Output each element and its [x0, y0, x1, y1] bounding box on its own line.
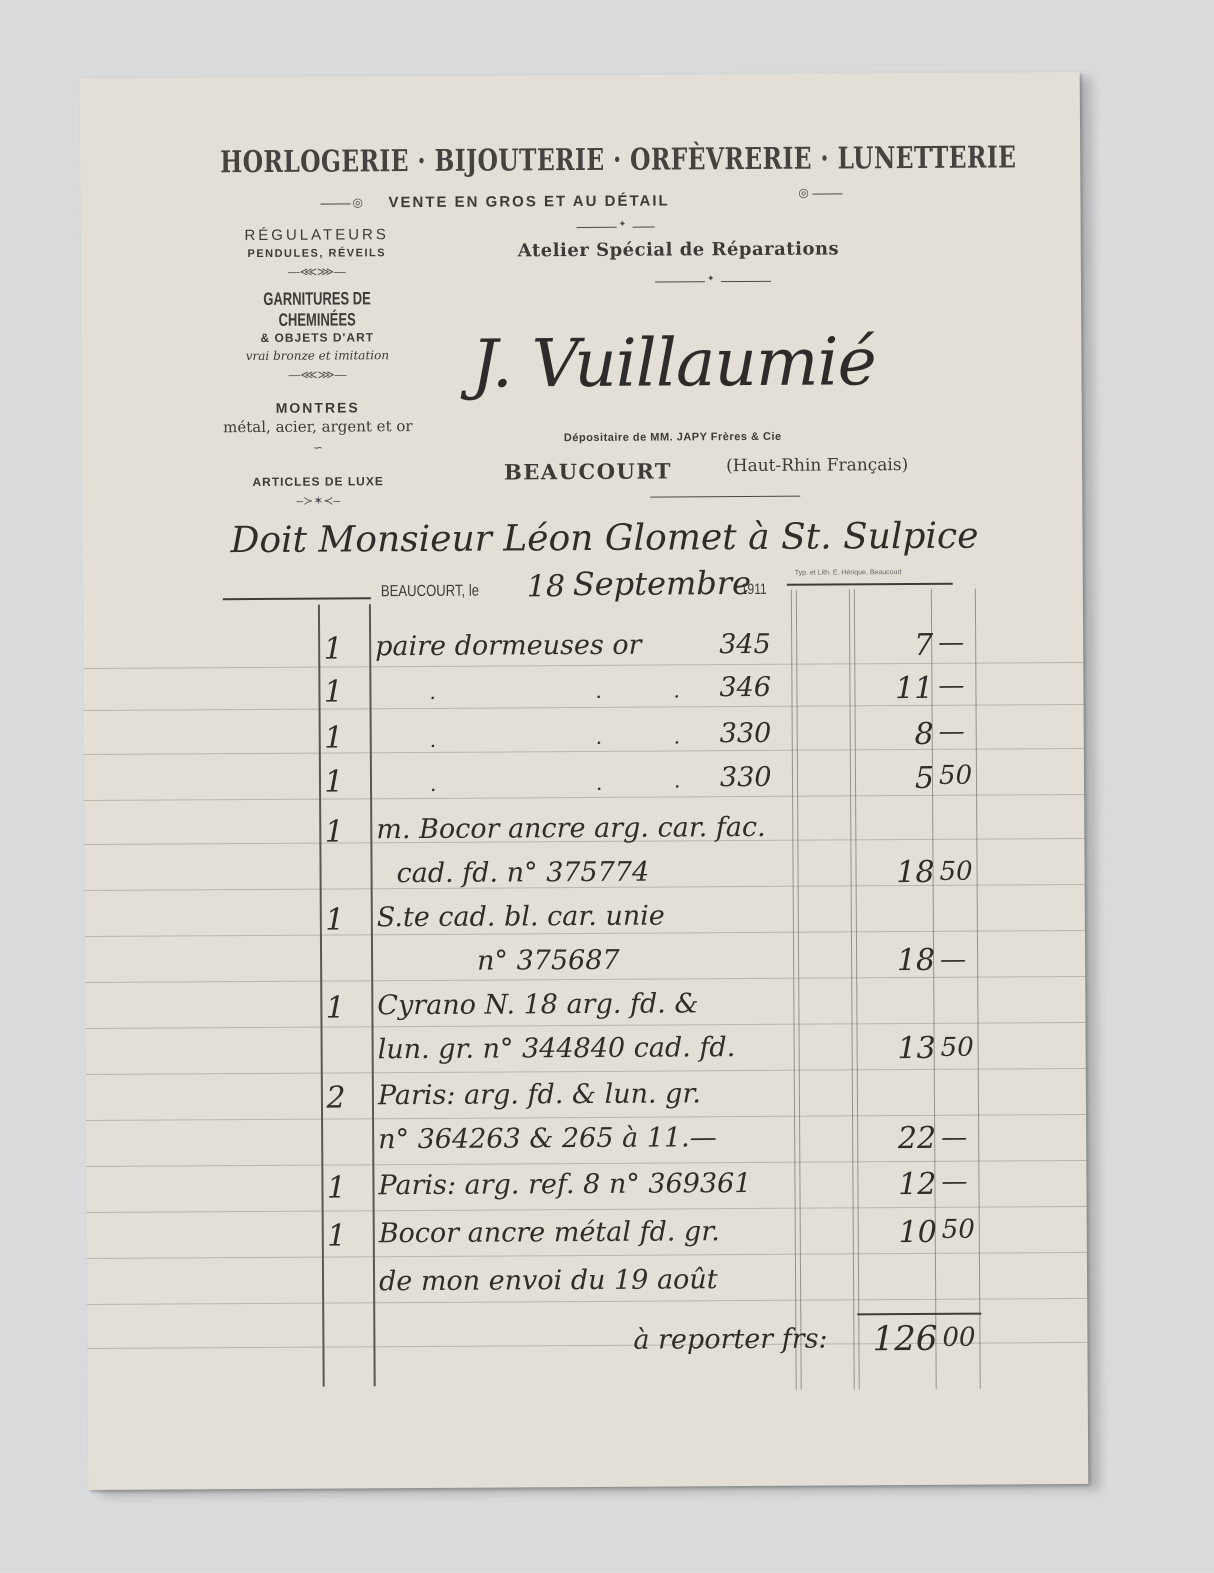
- item-description-continued: lun. gr. n° 344840 cad. fd.: [378, 1032, 736, 1065]
- ornament-line: [655, 281, 705, 282]
- bronze-label: vrai bronze et imitation: [197, 348, 437, 363]
- workshop-heading: Atelier Spécial de Réparations: [518, 238, 840, 261]
- ditto-mark: .: [430, 728, 437, 752]
- ditto-mark: .: [595, 679, 602, 703]
- line-item: 1 Cyrano N. 18 arg. fd. & lun. gr. n° 34…: [85, 986, 1086, 1082]
- item-ref: 330: [720, 762, 772, 793]
- ditto-mark: .: [674, 768, 681, 792]
- item-qty: 1: [318, 1170, 354, 1205]
- line-item: 1 . . . 330 5 50: [84, 760, 1084, 806]
- divider-ornament-icon: —⋘⋙—: [197, 367, 437, 382]
- item-description: Paris: arg. ref. 8 n° 369361: [378, 1168, 751, 1201]
- ornament-line: [320, 203, 350, 204]
- item-centimes: 50: [939, 857, 972, 887]
- swirl-ornament-icon: ◎: [798, 186, 809, 201]
- region-name: (Haut-Rhin Français): [726, 455, 908, 476]
- line-item: 1 paire dormeuses or 345 7 —: [83, 627, 1083, 673]
- item-centimes: —: [938, 671, 964, 701]
- addressee-line: Doit Monsieur Léon Glomet à St. Sulpice: [230, 516, 978, 562]
- item-centimes: —: [941, 1123, 967, 1153]
- pendules-label: PENDULES, RÉVEILS: [197, 247, 437, 260]
- item-description: Paris: arg. fd. & lun. gr.: [378, 1078, 701, 1111]
- item-description-continued: n° 364263 & 265 à 11.—: [378, 1122, 717, 1155]
- amount-header-rule: [787, 583, 953, 586]
- garnitures-label: GARNITURES DE CHEMINÉES: [231, 288, 404, 331]
- cross-ornament-icon: ✦: [707, 273, 715, 284]
- item-ref: 346: [719, 672, 771, 703]
- ditto-mark: .: [673, 678, 680, 702]
- item-centimes: —: [939, 717, 965, 747]
- ornament-line: [812, 193, 842, 194]
- printer-credit: Typ. et Lith. E. Hérique, Beaucourt: [795, 569, 902, 577]
- item-francs: 11: [813, 671, 933, 707]
- item-qty: 2: [318, 1080, 354, 1115]
- ditto-mark: .: [429, 680, 436, 704]
- town-name: BEAUCOURT: [504, 458, 672, 484]
- line-item: 1 m. Bocor ancre arg. car. fac. cad. fd.…: [84, 810, 1085, 906]
- item-francs: 12: [816, 1167, 936, 1203]
- total-label: à reporter frs:: [633, 1324, 827, 1356]
- merchant-name: J. Vuillaumié: [471, 323, 876, 402]
- divider-ornament-icon: ∽: [198, 440, 438, 455]
- depositaire-line: Dépositaire de MM. JAPY Frères & Cie: [564, 431, 782, 444]
- item-qty: 1: [317, 990, 353, 1025]
- montres-label: MONTRES: [198, 399, 438, 416]
- item-description: Bocor ancre métal fd. gr.: [379, 1216, 720, 1249]
- item-francs: 7: [813, 628, 933, 664]
- item-centimes: —: [940, 945, 966, 975]
- date-month: Septembre: [573, 564, 751, 603]
- objets-label: & OBJETS D'ART: [197, 330, 437, 345]
- item-centimes: 50: [941, 1033, 974, 1063]
- item-francs: 13: [816, 1031, 936, 1067]
- ornament-line: [577, 227, 617, 228]
- date-day: 18: [527, 569, 565, 604]
- item-francs: 5: [814, 761, 934, 797]
- total-francs: 126: [817, 1319, 937, 1360]
- ornament-line: [633, 227, 655, 228]
- item-description-continued: de mon envoi du 19 août: [379, 1264, 718, 1297]
- line-item: 2 Paris: arg. fd. & lun. gr. n° 364263 &…: [86, 1076, 1087, 1172]
- swirl-ornament-icon: ◎: [352, 195, 363, 210]
- trades-heading: HORLOGERIE · BIJOUTERIE · ORFÈVRERIE · L…: [220, 140, 1016, 180]
- product-list: RÉGULATEURS PENDULES, RÉVEILS —⋘⋙— GARNI…: [197, 226, 439, 508]
- divider-ornament-icon: —⋘⋙—: [197, 264, 437, 279]
- line-item: 1 S.te cad. bl. car. unie n° 375687 18 —: [85, 898, 1086, 994]
- ornament-line: [721, 281, 771, 282]
- ditto-mark: .: [596, 771, 603, 795]
- total-row: à reporter frs: 126 00: [87, 1322, 1087, 1368]
- item-ref: 330: [720, 718, 772, 749]
- metaux-label: métal, acier, argent et or: [198, 417, 438, 436]
- divider-ornament-icon: –≻✶≺–: [198, 493, 438, 508]
- cross-ornament-icon: ✦: [619, 219, 627, 230]
- regulateurs-label: RÉGULATEURS: [197, 226, 437, 244]
- item-qty: 1: [317, 902, 353, 937]
- line-item: 1 . . . 330 8 —: [84, 716, 1084, 762]
- sales-subtitle: VENTE EN GROS ET AU DÉTAIL: [388, 192, 669, 211]
- item-qty: 1: [316, 814, 352, 849]
- total-centimes: 00: [942, 1323, 975, 1353]
- item-description: paire dormeuses or: [375, 630, 642, 663]
- item-ref: 345: [719, 629, 771, 660]
- item-description: m. Bocor ancre arg. car. fac.: [376, 812, 766, 845]
- item-description: Cyrano N. 18 arg. fd. &: [377, 988, 698, 1021]
- item-francs: 18: [814, 855, 934, 891]
- item-description-continued: cad. fd. n° 375774: [396, 857, 649, 890]
- ditto-mark: .: [596, 725, 603, 749]
- line-item: 1 . . . 346 11 —: [83, 670, 1083, 716]
- item-centimes: 50: [942, 1215, 975, 1245]
- date-year: 1911: [741, 581, 767, 598]
- total-rule: [857, 1313, 981, 1316]
- item-centimes: 50: [939, 761, 972, 791]
- date-prefix: BEAUCOURT, le: [381, 583, 479, 602]
- ditto-mark: .: [430, 772, 437, 796]
- line-item: 1 Bocor ancre métal fd. gr. de mon envoi…: [87, 1214, 1088, 1310]
- item-qty: 1: [315, 631, 351, 666]
- item-francs: 22: [816, 1121, 936, 1157]
- ditto-mark: .: [674, 724, 681, 748]
- item-qty: 1: [316, 720, 352, 755]
- luxe-label: ARTICLES DE LUXE: [198, 474, 438, 489]
- ornament-line: [650, 496, 800, 498]
- item-centimes: —: [938, 628, 964, 658]
- item-qty: 1: [319, 1218, 355, 1253]
- date-rule: [223, 597, 371, 600]
- item-qty: 1: [316, 764, 352, 799]
- item-francs: 10: [817, 1215, 937, 1251]
- invoice-sheet: HORLOGERIE · BIJOUTERIE · ORFÈVRERIE · L…: [80, 72, 1089, 1490]
- item-francs: 8: [814, 717, 934, 753]
- item-description-continued: n° 375687: [477, 945, 620, 977]
- item-francs: 18: [815, 943, 935, 979]
- item-centimes: —: [941, 1167, 967, 1197]
- item-qty: 1: [315, 674, 351, 709]
- item-description: S.te cad. bl. car. unie: [377, 901, 665, 934]
- line-item: 1 Paris: arg. ref. 8 n° 369361 12 —: [86, 1166, 1086, 1212]
